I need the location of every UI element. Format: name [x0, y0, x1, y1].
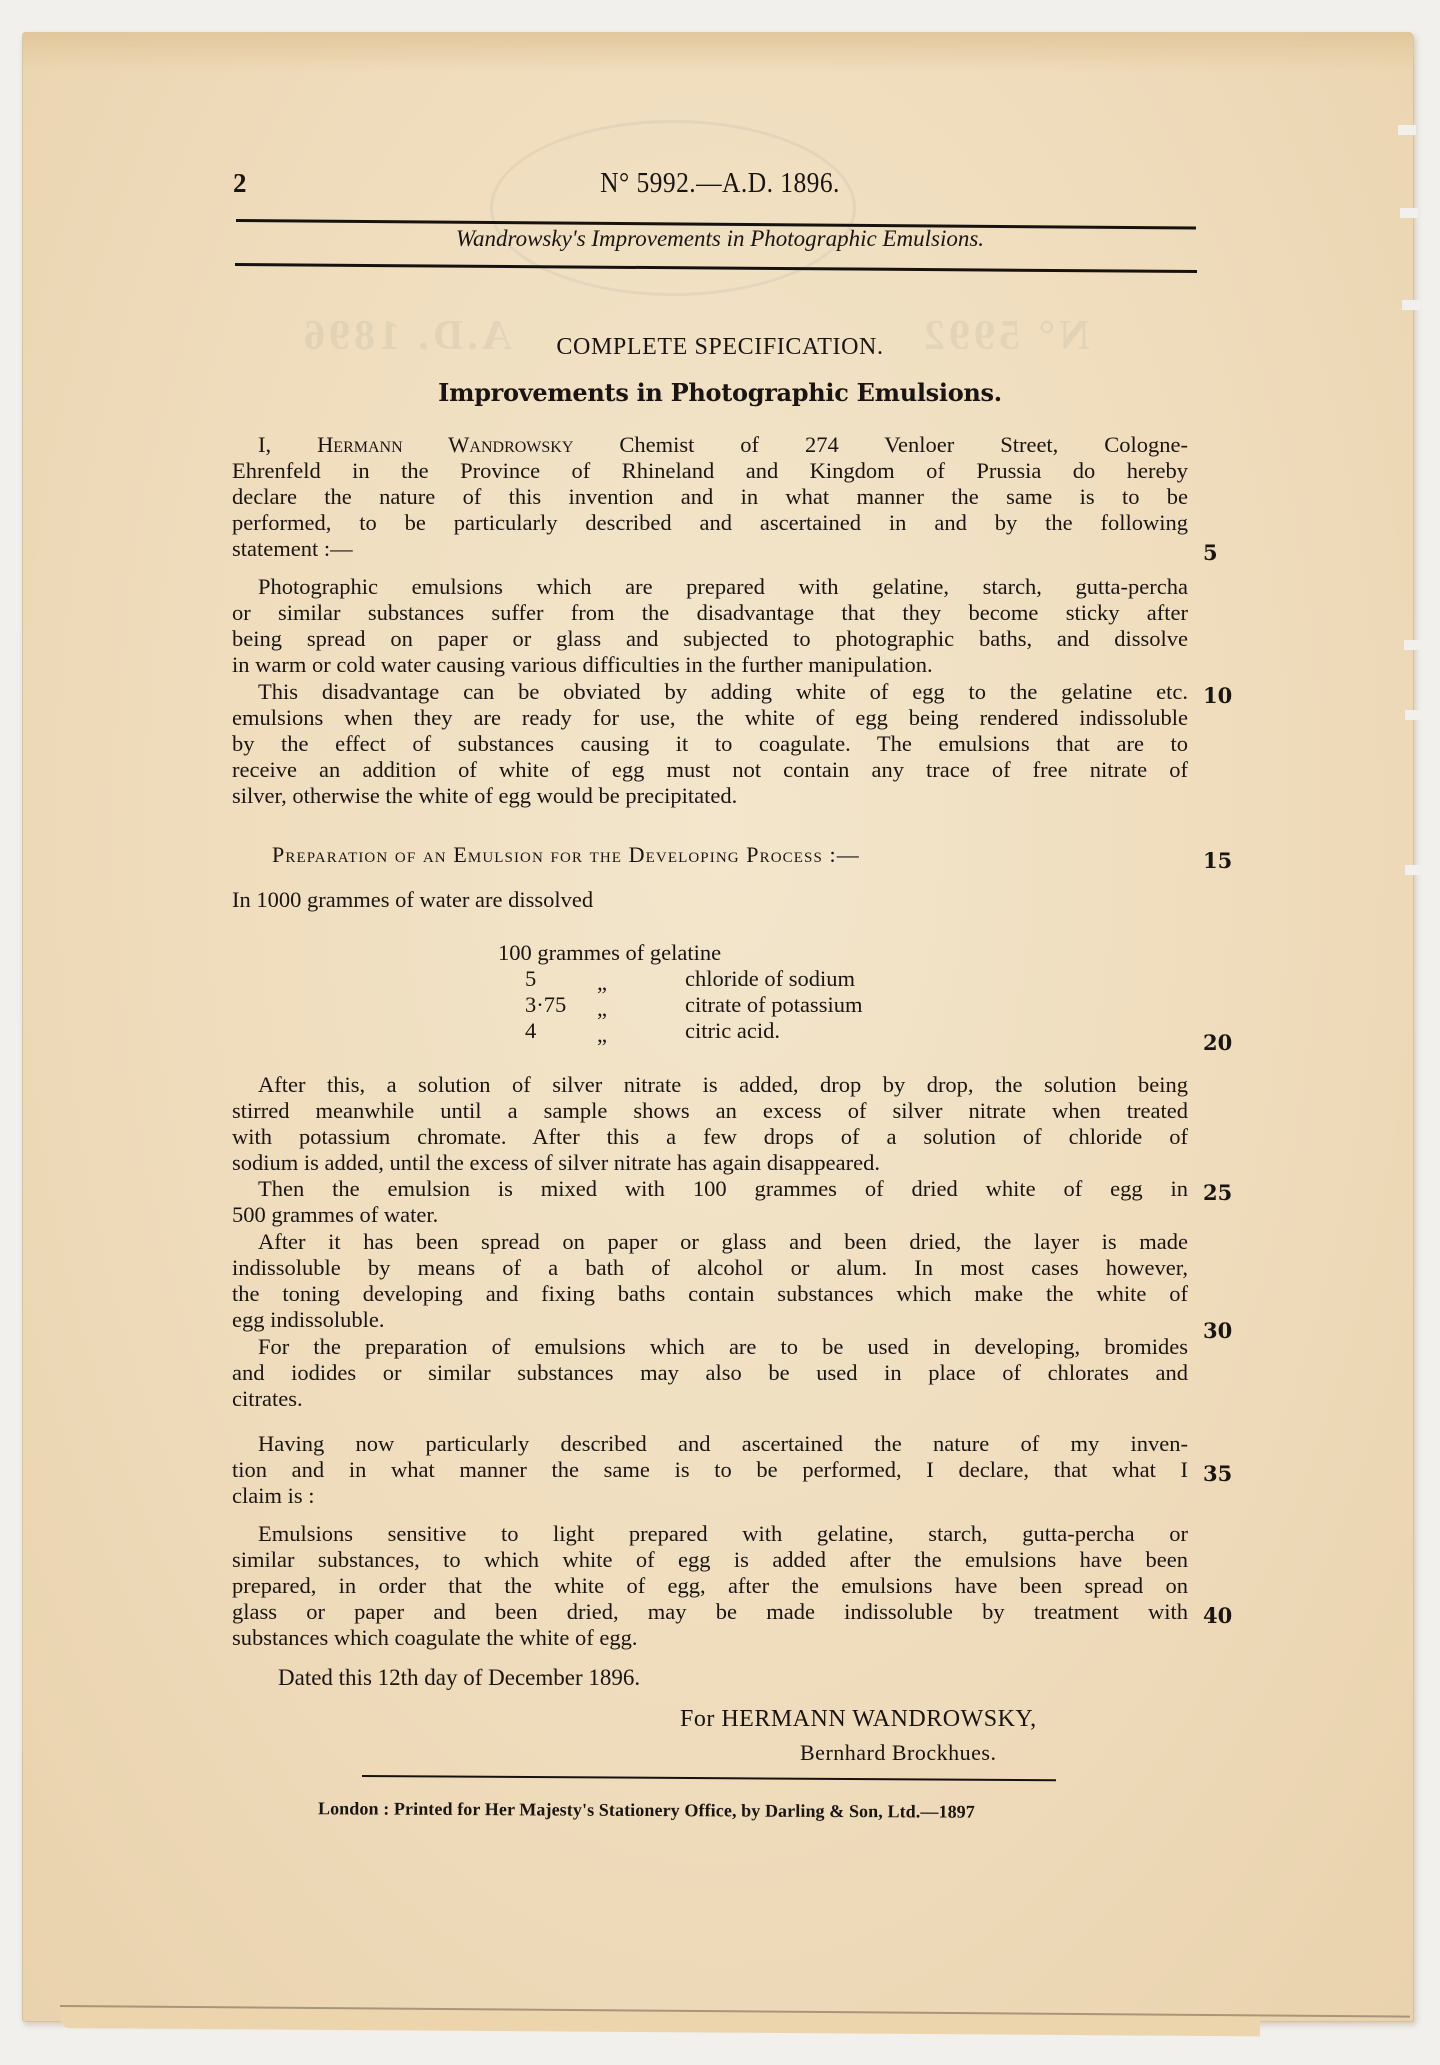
- line-number: 30: [1203, 1318, 1232, 1343]
- section-title: COMPLETE SPECIFICATION.: [0, 334, 1440, 361]
- recipe-amount: 5: [525, 966, 536, 992]
- text-line: being spread on paper or glass and subje…: [232, 626, 1188, 652]
- ditto-mark: „: [597, 970, 607, 996]
- running-title: Wandrowsky's Improvements in Photographi…: [0, 226, 1440, 252]
- text-line: and iodides or similar substances may al…: [232, 1360, 1188, 1386]
- text-line: Then the emulsion is mixed with 100 gram…: [258, 1176, 1188, 1202]
- text-line: For the preparation of emulsions which a…: [258, 1334, 1188, 1360]
- text-line: 500 grammes of water.: [232, 1202, 1188, 1228]
- date-line: Dated this 12th day of December 1896.: [278, 1665, 640, 1691]
- text-line: sodium is added, until the excess of sil…: [232, 1150, 1188, 1176]
- ditto-mark: „: [597, 996, 607, 1022]
- line-number: 15: [1203, 848, 1232, 873]
- line-number: 25: [1203, 1180, 1232, 1205]
- line-number: 35: [1203, 1461, 1232, 1486]
- recipe-amount: 3·75: [525, 992, 566, 1018]
- line-number: 5: [1203, 540, 1218, 565]
- signature-agent: Bernhard Brockhues.: [800, 1740, 996, 1766]
- text-line: citrates.: [232, 1386, 1188, 1412]
- text-line: indissoluble by means of a bath of alcoh…: [232, 1255, 1188, 1281]
- text-line: silver, otherwise the white of egg would…: [232, 783, 1188, 809]
- text-line: tion and in what manner the same is to b…: [232, 1457, 1188, 1483]
- recipe-substance: citrate of potassium: [685, 992, 862, 1018]
- text-line: After this, a solution of silver nitrate…: [258, 1072, 1188, 1098]
- text-line: or similar substances suffer from the di…: [232, 600, 1188, 626]
- text-line: by the effect of substances causing it t…: [232, 731, 1188, 757]
- text-line: in warm or cold water causing various di…: [232, 652, 1188, 678]
- recipe-substance: citric acid.: [685, 1018, 780, 1044]
- text-line: stirred meanwhile until a sample shows a…: [232, 1098, 1188, 1124]
- printer-imprint: London : Printed for Her Majesty's Stati…: [318, 1798, 975, 1822]
- text-line: Photographic emulsions which are prepare…: [258, 574, 1188, 600]
- torn-edge-notch: [1405, 865, 1423, 875]
- text-line: with potassium chromate. After this a fe…: [232, 1124, 1188, 1150]
- line-number: 40: [1203, 1603, 1232, 1628]
- preparation-heading: Preparation of an Emulsion for the Devel…: [272, 842, 1172, 868]
- text-line: statement :—: [232, 536, 1188, 562]
- ditto-mark: „: [597, 1022, 607, 1048]
- torn-edge-notch: [1398, 125, 1416, 135]
- text-line: Having now particularly described and as…: [258, 1431, 1188, 1457]
- text-line: performed, to be particularly described …: [232, 510, 1188, 536]
- signature-for-line: For HERMANN WANDROWSKY,: [680, 1706, 1037, 1733]
- claim-line: prepared, in order that the white of egg…: [232, 1573, 1188, 1599]
- recipe-substance: chloride of sodium: [685, 966, 855, 992]
- page-top-wear: [22, 32, 1414, 72]
- text-line: receive an addition of white of egg must…: [232, 757, 1188, 783]
- invention-title: Improvements in Photographic Emulsions.: [0, 378, 1440, 407]
- text-line: declare the nature of this invention and…: [232, 484, 1188, 510]
- text-line: the toning developing and fixing baths c…: [232, 1281, 1188, 1307]
- text-line: claim is :: [232, 1483, 1188, 1509]
- text-line: In 1000 grammes of water are dissolved: [232, 887, 1188, 913]
- claim-line: Emulsions sensitive to light prepared wi…: [258, 1521, 1188, 1547]
- torn-edge-notch: [1402, 300, 1420, 310]
- text-line: I, Hermann Wandrowsky Chemist of 274 Ven…: [258, 432, 1188, 458]
- text-line: Ehrenfeld in the Province of Rhineland a…: [232, 458, 1188, 484]
- line-number: 20: [1203, 1030, 1232, 1055]
- patent-number: N° 5992.—A.D. 1896.: [86, 167, 1353, 200]
- recipe-row: 100 grammes of gelatine: [498, 940, 721, 966]
- torn-edge-notch: [1404, 640, 1422, 650]
- text-line: emulsions when they are ready for use, t…: [232, 705, 1188, 731]
- text-line: After it has been spread on paper or gla…: [258, 1229, 1188, 1255]
- line-number: 10: [1203, 683, 1232, 708]
- claim-line: substances which coagulate the white of …: [232, 1625, 1188, 1651]
- claim-line: glass or paper and been dried, may be ma…: [232, 1599, 1188, 1625]
- text-line: egg indissoluble.: [232, 1307, 1188, 1333]
- torn-edge-notch: [1405, 710, 1423, 720]
- claim-line: similar substances, to which white of eg…: [232, 1547, 1188, 1573]
- recipe-amount: 4: [525, 1018, 536, 1044]
- text-line: This disadvantage can be obviated by add…: [258, 679, 1188, 705]
- torn-edge-notch: [1400, 208, 1418, 218]
